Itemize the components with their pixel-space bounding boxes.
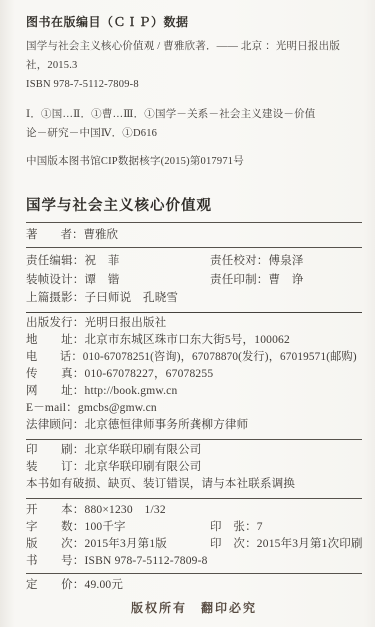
cip-record-number: 中国版本图书馆CIP数据核字(2015)第017971号	[26, 152, 362, 171]
format-row: 书 号：ISBN 978-7-5112-7809-8	[26, 553, 362, 570]
staff-row: 装帧设计：谭 锴 责任印制：曹 诤	[26, 271, 362, 290]
cip-header: 图书在版编目（ＣＩＰ）数据	[26, 14, 362, 31]
designer-label: 装帧设计：谭 锴	[26, 274, 120, 286]
sheet-count-label: 印 张：7	[210, 519, 263, 536]
author-row: 著 者：曹雅欣	[26, 226, 362, 244]
divider	[26, 312, 362, 313]
staff-row: 责任编辑：祝 菲 责任校对：傅泉泽	[26, 252, 362, 271]
printer-row: 印 刷：北京华联印刷有限公司	[26, 442, 362, 459]
divider	[26, 439, 362, 440]
cip-description-line-2: 社，2015.3	[26, 56, 362, 75]
binder-row: 装 订：北京华联印刷有限公司	[26, 459, 362, 476]
fax-row: 传 真：010-67078227，67078255	[26, 366, 362, 383]
divider	[26, 247, 362, 248]
format-row: 开 本：880×1230 1/32	[26, 502, 362, 519]
website-row: 网 址：http://book.gmw.cn	[26, 383, 362, 400]
format-row: 版 次：2015年3月第1版 印 次：2015年3月第1次印刷	[26, 536, 362, 553]
cip-description-line-1: 国学与社会主义核心价值观 / 曹雅欣著．—— 北京 ：光明日报出版	[26, 37, 362, 56]
cip-data-block: 图书在版编目（ＣＩＰ）数据 国学与社会主义核心价值观 / 曹雅欣著．—— 北京 …	[26, 14, 362, 171]
divider	[26, 573, 362, 574]
cip-classification-line-1: Ⅰ．①国…Ⅱ．①曹…Ⅲ．①国学－关系－社会主义建设－价值	[26, 105, 362, 124]
replacement-notice-row: 本书如有破损、缺页、装订错误，请与本社联系调换	[26, 476, 362, 493]
trim-size-label: 开 本：880×1230 1/32	[26, 504, 166, 516]
proofreader-label: 责任校对：傅泉泽	[210, 252, 304, 271]
photography-label: 上篇摄影：子曰师说 孔晓雪	[26, 292, 178, 304]
word-count-label: 字 数：100千字	[26, 521, 126, 533]
book-title: 国学与社会主义核心价值观	[26, 196, 362, 216]
colophon-block: 国学与社会主义核心价值观 著 者：曹雅欣 责任编辑：祝 菲 责任校对：傅泉泽 装…	[26, 196, 362, 594]
edition-label: 版 次：2015年3月第1版	[26, 538, 167, 550]
copyright-notice: 版权所有 翻印必究	[26, 600, 362, 617]
staff-row: 上篇摄影：子曰师说 孔晓雪	[26, 289, 362, 308]
telephone-row: 电 话：010-67078251(咨询)，67078870(发行)，670195…	[26, 349, 352, 366]
divider	[26, 498, 362, 499]
divider	[26, 222, 362, 223]
format-row: 字 数：100千字 印 张：7	[26, 519, 362, 536]
cip-isbn-line: ISBN 978-7-5112-7809-8	[26, 75, 362, 94]
book-number-label: 书 号：ISBN 978-7-5112-7809-8	[26, 555, 208, 567]
print-supervisor-label: 责任印制：曹 诤	[210, 271, 304, 290]
email-row: E－mail：gmcbs@gmw.cn	[26, 400, 362, 417]
address-row: 地 址：北京市东城区珠市口东大街5号，100062	[26, 332, 362, 349]
editor-label: 责任编辑：祝 菲	[26, 255, 120, 267]
price-row: 定 价：49.00元	[26, 577, 362, 594]
cip-classification-line-2: 论－研究－中国Ⅳ．①D616	[26, 124, 362, 143]
impression-label: 印 次：2015年3月第1次印刷	[210, 536, 363, 553]
book-copyright-page: 图书在版编目（ＣＩＰ）数据 国学与社会主义核心价值观 / 曹雅欣著．—— 北京 …	[0, 0, 375, 627]
publisher-row: 出版发行：光明日报出版社	[26, 315, 362, 332]
legal-counsel-row: 法律顾问：北京德恒律师事务所龚柳方律师	[26, 417, 362, 434]
